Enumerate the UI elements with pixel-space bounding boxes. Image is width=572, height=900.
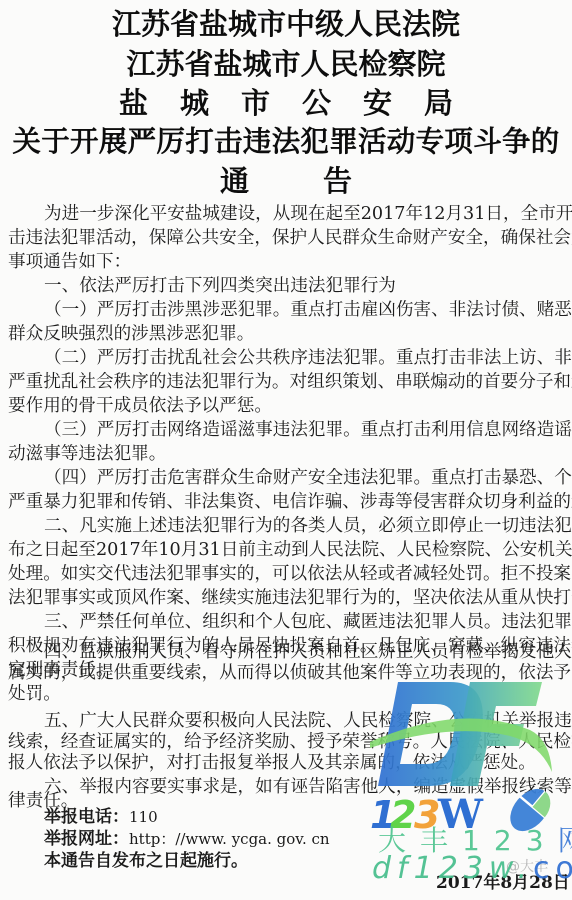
body-line: （二）严厉打击扰乱社会公共秩序违法犯罪。重点打击非法上访、非法聚集、闹访滋事等	[44, 347, 566, 369]
notice-heading: 通告	[0, 164, 572, 198]
body-line: 事项通告如下：	[8, 251, 566, 273]
report-website-label: 举报网址：	[44, 829, 129, 849]
report-phone-value: 110	[129, 808, 158, 826]
watermark-url-prefix: df123w.	[372, 851, 533, 886]
body-line: 三、严禁任何单位、组织和个人包庇、藏匿违法犯罪人员。违法犯罪人员的家属、亲友要	[44, 611, 566, 633]
body-line: 处理。如实交代违法犯罪事实的，可以依法从轻或者减轻处罚。拒不投案自首，不彻底交代…	[8, 563, 566, 585]
body-line: 一、依法严厉打击下列四类突出违法犯罪行为	[44, 275, 566, 297]
report-phone: 举报电话：110	[44, 806, 158, 828]
issuer-court: 江苏省盐城市中级人民法院	[0, 7, 572, 41]
body-line: 布之日起至2017年10月31日前主动到人民法院、人民检察院、公安机关投案自首，…	[8, 539, 566, 561]
notice-subject: 关于开展严厉打击违法犯罪活动专项斗争的	[0, 125, 572, 159]
watermark-url-com: com	[533, 851, 572, 886]
body-line: 群众反映强烈的涉黑涉恶犯罪。	[8, 323, 566, 345]
body-line: 线索，经查证属实的，给予经济奖励、授予荣誉称号。人民法院、人民检察院、公安机关对…	[8, 731, 566, 753]
body-line: 击违法犯罪活动，保障公共安全，保护人民群众生命财产安全，确保社会大局稳定。现将有…	[8, 227, 566, 249]
body-line: 为进一步深化平安盐城建设，从现在起至2017年12月31日，全市开展专项斗争，严…	[44, 203, 566, 225]
effective-statement: 本通告自发布之日起施行。	[44, 850, 248, 872]
issuer-procuratorate: 江苏省盐城市人民检察院	[0, 47, 572, 81]
body-line: 四、监狱服刑人员、看守所在押人员和社区矫正人员有检举揭发他人违法犯罪行为，查证	[44, 641, 566, 663]
body-line: 五、广大人民群众要积极向人民法院、人民检察院、公安机关举报违法犯罪活动的情况和	[44, 710, 566, 732]
body-line: 处罚。	[8, 683, 566, 705]
body-line: 法犯罪事实或顶风作案、继续实施违法犯罪行为的，坚决依法从重从快打击。	[8, 587, 566, 609]
report-website-value: http：//www. ycga. gov. cn	[129, 830, 330, 848]
body-line: 属实的，或提供重要线索，从而得以侦破其他案件等立功表现的，依法予以从轻、减轻、免…	[8, 662, 566, 684]
issuer-police: 盐城市公安局	[0, 86, 572, 120]
body-line: 严重暴力犯罪和传销、非法集资、电信诈骗、涉毒等侵害群众切身利益的违法犯罪。	[8, 491, 566, 513]
watermark-site-url: df123w.com	[372, 854, 572, 884]
report-phone-label: 举报电话：	[44, 807, 129, 827]
body-line: 报人依法予以保护，对打击报复举报人及其亲属的，依法从严惩处。	[8, 752, 566, 774]
body-line: 二、凡实施上述违法犯罪行为的各类人员，必须立即停止一切违法犯罪活动，在本通告发	[44, 515, 566, 537]
body-line: （四）严厉打击危害群众生命财产安全违法犯罪。重点打击暴恐、个人极端、涉枪涉爆等	[44, 467, 566, 489]
body-line: 严重扰乱社会秩序的违法犯罪行为。对组织策划、串联煽动的首要分子和违法犯罪活动中起…	[8, 371, 566, 393]
body-line: 动滋事等违法犯罪。	[8, 443, 566, 465]
body-line: 要作用的骨干成员依法予以严惩。	[8, 395, 566, 417]
report-website: 举报网址：http：//www. ycga. gov. cn	[44, 828, 330, 850]
body-line: （一）严厉打击涉黑涉恶犯罪。重点打击雇凶伤害、非法讨债、赌恶合流等社会影响恶劣、	[44, 299, 566, 321]
body-line: （三）严厉打击网络造谣滋事违法犯罪。重点打击利用信息网络造谣传谣、恶意中伤、煽	[44, 419, 566, 441]
